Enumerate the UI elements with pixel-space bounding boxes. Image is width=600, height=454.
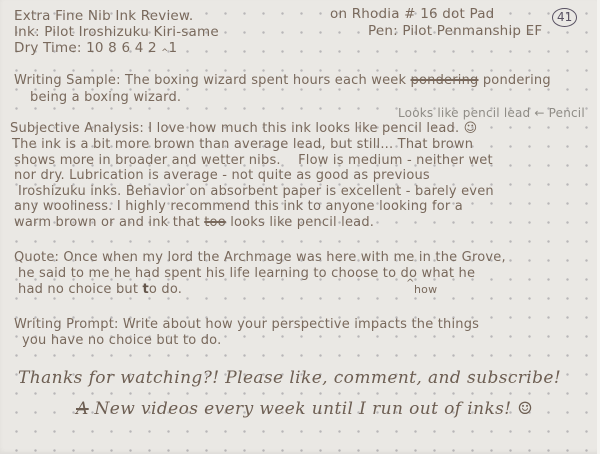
text-segment-strike: too	[204, 215, 226, 230]
writing-prompt-line-2: you have no choice but to do.	[22, 334, 221, 349]
text-segment-strike: A	[76, 399, 89, 419]
subjective-line-7: warm brown or and ink that too looks lik…	[14, 216, 374, 231]
text-segment: nor dry. Lubrication is average - not qu…	[14, 168, 430, 183]
text-segment-strike: pondering	[411, 73, 479, 88]
page-number: 41	[552, 8, 577, 27]
text-segment: looks like pencil lead.	[226, 215, 374, 230]
text-segment: 1	[169, 40, 178, 56]
text-segment: o do.	[149, 282, 182, 297]
text-segment: Quote: Once when my lord the Archmage wa…	[14, 250, 506, 265]
outro-line-1: Thanks for watching?! Please like, comme…	[18, 369, 561, 389]
writing-prompt-line-1: Writing Prompt: Write about how your per…	[14, 318, 479, 333]
subjective-line-2: The ink is a bit more brown than average…	[12, 138, 473, 153]
subjective-line-3: shows more in broader and wetter nibs. F…	[14, 154, 493, 169]
text-segment: warm brown or and ink that	[14, 215, 204, 230]
text-segment: had no choice but	[18, 282, 142, 297]
title-right: on Rhodia # 16 dot Pad	[330, 7, 494, 23]
text-segment: pondering	[479, 73, 551, 88]
writing-sample-line-1: Writing Sample: The boxing wizard spent …	[14, 74, 551, 89]
text-segment: Writing Sample: The boxing wizard spent …	[14, 73, 411, 88]
outro-line-2: A New videos every week until I run out …	[76, 400, 533, 420]
pen-name-line: Pen: Pilot Penmanship EF	[368, 24, 542, 40]
text-segment: Extra Fine Nib Ink Review.	[14, 8, 193, 24]
text-segment: Subjective Analysis: I love how much thi…	[10, 121, 477, 136]
text-segment: The ink is a bit more brown than average…	[12, 137, 473, 152]
text-segment: how	[414, 283, 437, 296]
dot-grid-paper: 41 Extra Fine Nib Ink Review.on Rhodia #…	[0, 0, 600, 454]
text-segment: on Rhodia # 16 dot Pad	[330, 6, 494, 22]
writing-sample-line-2: being a boxing wizard.	[30, 91, 181, 106]
subjective-line-4: nor dry. Lubrication is average - not qu…	[14, 169, 430, 184]
subjective-line-5: Iroshizuku inks. Behavior on absorbent p…	[18, 185, 494, 200]
quote-line-1: Quote: Once when my lord the Archmage wa…	[14, 251, 506, 266]
text-segment: New videos every week until I run out of…	[89, 399, 533, 419]
text-segment: Pen: Pilot Penmanship EF	[368, 23, 542, 39]
ink-name-line: Ink: Pilot Iroshizuku Kiri-same	[14, 25, 219, 41]
title-left: Extra Fine Nib Ink Review.	[14, 9, 193, 25]
subjective-line-6: any wooliness. I highly recommend this i…	[14, 200, 463, 215]
dry-time-line: Dry Time: 10 8 6 4 2 ^1	[14, 41, 177, 58]
text-segment: you have no choice but to do.	[22, 333, 221, 348]
text-segment-caret: ^	[161, 47, 168, 57]
text-segment: Iroshizuku inks. Behavior on absorbent p…	[18, 184, 494, 199]
quote-insert-word: how	[414, 284, 437, 297]
pencil-annotation: Looks like pencil lead ← Pencil	[398, 107, 585, 121]
text-segment: shows more in broader and wetter nibs. F…	[14, 153, 493, 168]
quote-line-3: had no choice but to do.	[18, 283, 182, 298]
text-segment: any wooliness. I highly recommend this i…	[14, 199, 463, 214]
subjective-line-1: Subjective Analysis: I love how much thi…	[10, 122, 477, 137]
text-segment: being a boxing wizard.	[30, 90, 181, 105]
text-segment: Dry Time: 10 8 6 4 2	[14, 40, 161, 56]
text-segment: Thanks for watching?! Please like, comme…	[18, 368, 561, 388]
text-segment: Looks like pencil lead ← Pencil	[398, 106, 585, 120]
text-segment: Writing Prompt: Write about how your per…	[14, 317, 479, 332]
text-segment: Ink: Pilot Iroshizuku Kiri-same	[14, 24, 219, 40]
